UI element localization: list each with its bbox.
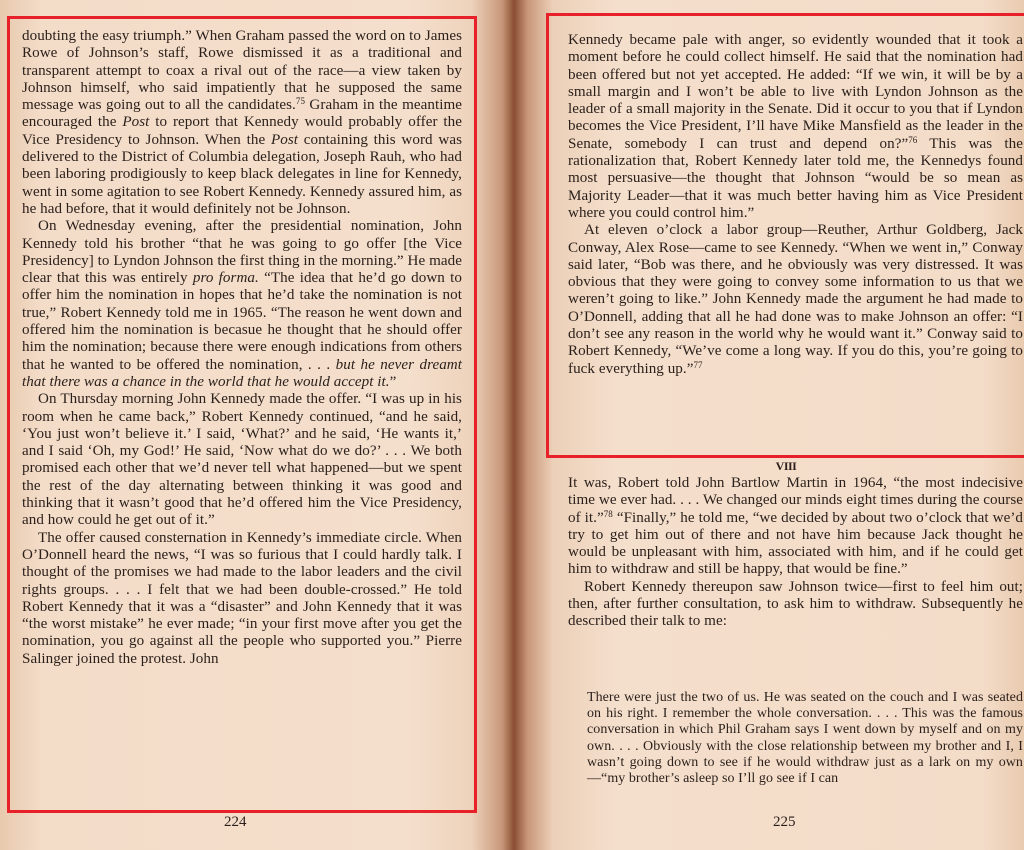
block-quote: There were just the two of us. He was se… (587, 690, 1023, 787)
italic-text: pro forma. (193, 270, 259, 286)
text-run: At eleven o’clock a labor group—Reuther,… (568, 222, 1023, 376)
paragraph: It was, Robert told John Bartlow Martin … (568, 475, 1023, 579)
book-spread: doubting the easy triumph.” When Graham … (0, 0, 1024, 850)
paragraph: doubting the easy triumph.” When Graham … (22, 28, 462, 218)
left-page-text: doubting the easy triumph.” When Graham … (22, 28, 462, 668)
footnote-ref: 76 (908, 135, 917, 145)
right-page-highlighted-text: Kennedy became pale with anger, so evide… (568, 32, 1023, 378)
page-number-right: 225 (773, 814, 796, 831)
text-run: The offer caused consternation in Kenned… (22, 530, 462, 667)
paragraph: Robert Kennedy thereupon saw Johnson twi… (568, 579, 1023, 631)
section-number: VIII (766, 459, 806, 474)
right-page-text: It was, Robert told John Bartlow Martin … (568, 475, 1023, 631)
left-page: doubting the easy triumph.” When Graham … (0, 0, 498, 850)
text-run: ” (390, 374, 397, 390)
block-quote-text: There were just the two of us. He was se… (587, 690, 1023, 787)
text-run: On Thursday morning John Kennedy made th… (22, 391, 462, 528)
italic-text: Post (271, 132, 298, 148)
footnote-ref: 78 (604, 509, 613, 519)
text-run: Robert Kennedy thereupon saw Johnson twi… (568, 579, 1023, 630)
paragraph: At eleven o’clock a labor group—Reuther,… (568, 222, 1023, 378)
paragraph: The offer caused consternation in Kenned… (22, 530, 462, 668)
text-run: Kennedy became pale with anger, so evide… (568, 32, 1023, 152)
footnote-ref: 75 (296, 96, 305, 106)
italic-text: Post (122, 114, 149, 130)
text-run: “Finally,” he told me, “we decided by ab… (568, 510, 1023, 578)
footnote-ref: 77 (693, 360, 702, 370)
paragraph: On Thursday morning John Kennedy made th… (22, 391, 462, 529)
right-page: Kennedy became pale with anger, so evide… (526, 0, 1024, 850)
paragraph: On Wednesday evening, after the presiden… (22, 218, 462, 391)
paragraph: Kennedy became pale with anger, so evide… (568, 32, 1023, 222)
page-number-left: 224 (224, 814, 247, 831)
